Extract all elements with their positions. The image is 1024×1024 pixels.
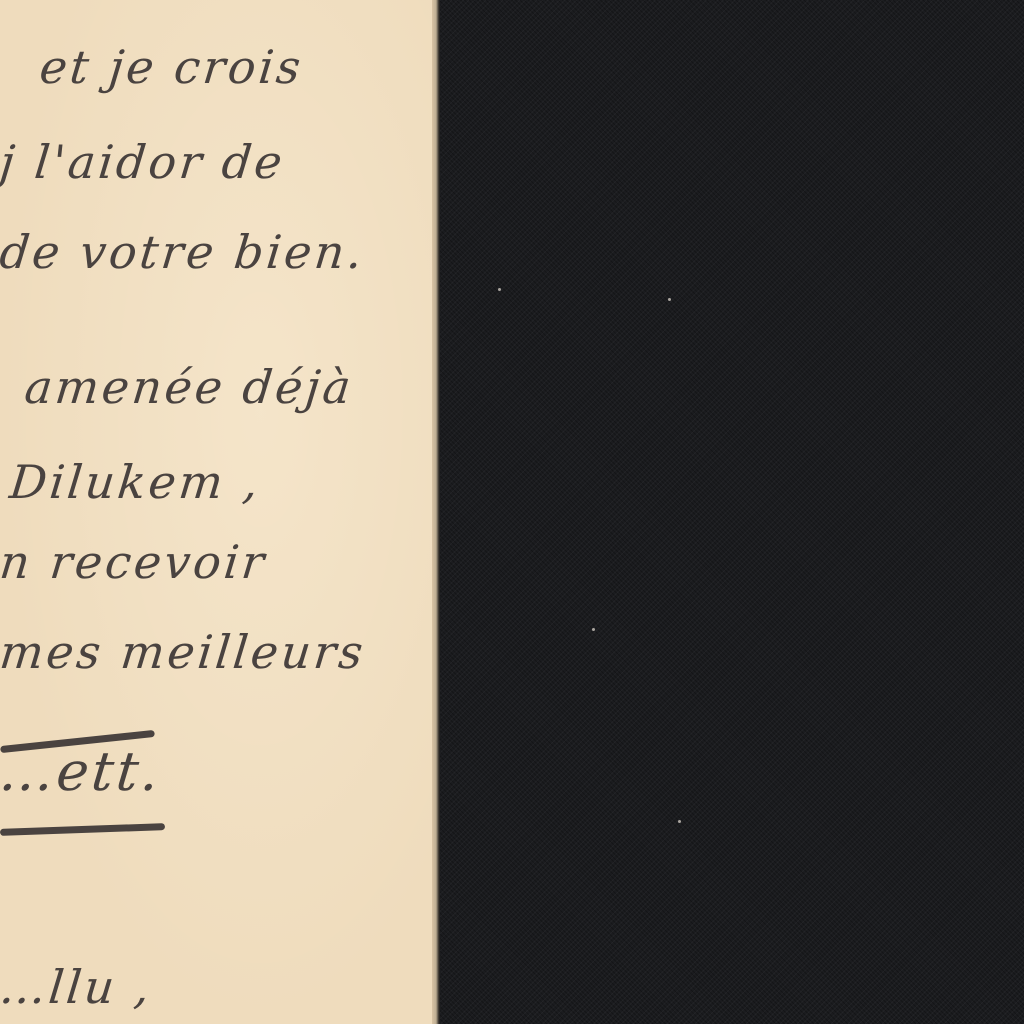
handwritten-line: j l'aidor de — [0, 135, 288, 189]
dust-speck — [678, 820, 681, 823]
dark-fabric-background — [440, 0, 1024, 1024]
handwritten-line: Dilukem , — [7, 455, 264, 509]
handwritten-line: de votre bien. — [0, 225, 368, 279]
signature-underline — [0, 823, 165, 836]
handwritten-line: …llu , — [0, 960, 155, 1014]
signature: …ett. — [0, 740, 165, 803]
handwritten-line: mes meilleurs — [0, 625, 368, 679]
handwritten-line: amenée déjà — [22, 360, 356, 414]
handwritten-line: n recevoir — [0, 535, 270, 589]
handwritten-line: et je crois — [37, 40, 306, 94]
dust-speck — [592, 628, 595, 631]
dust-speck — [668, 298, 671, 301]
letter-paper: et je crois j l'aidor de de votre bien. … — [0, 0, 434, 1024]
dust-speck — [498, 288, 501, 291]
